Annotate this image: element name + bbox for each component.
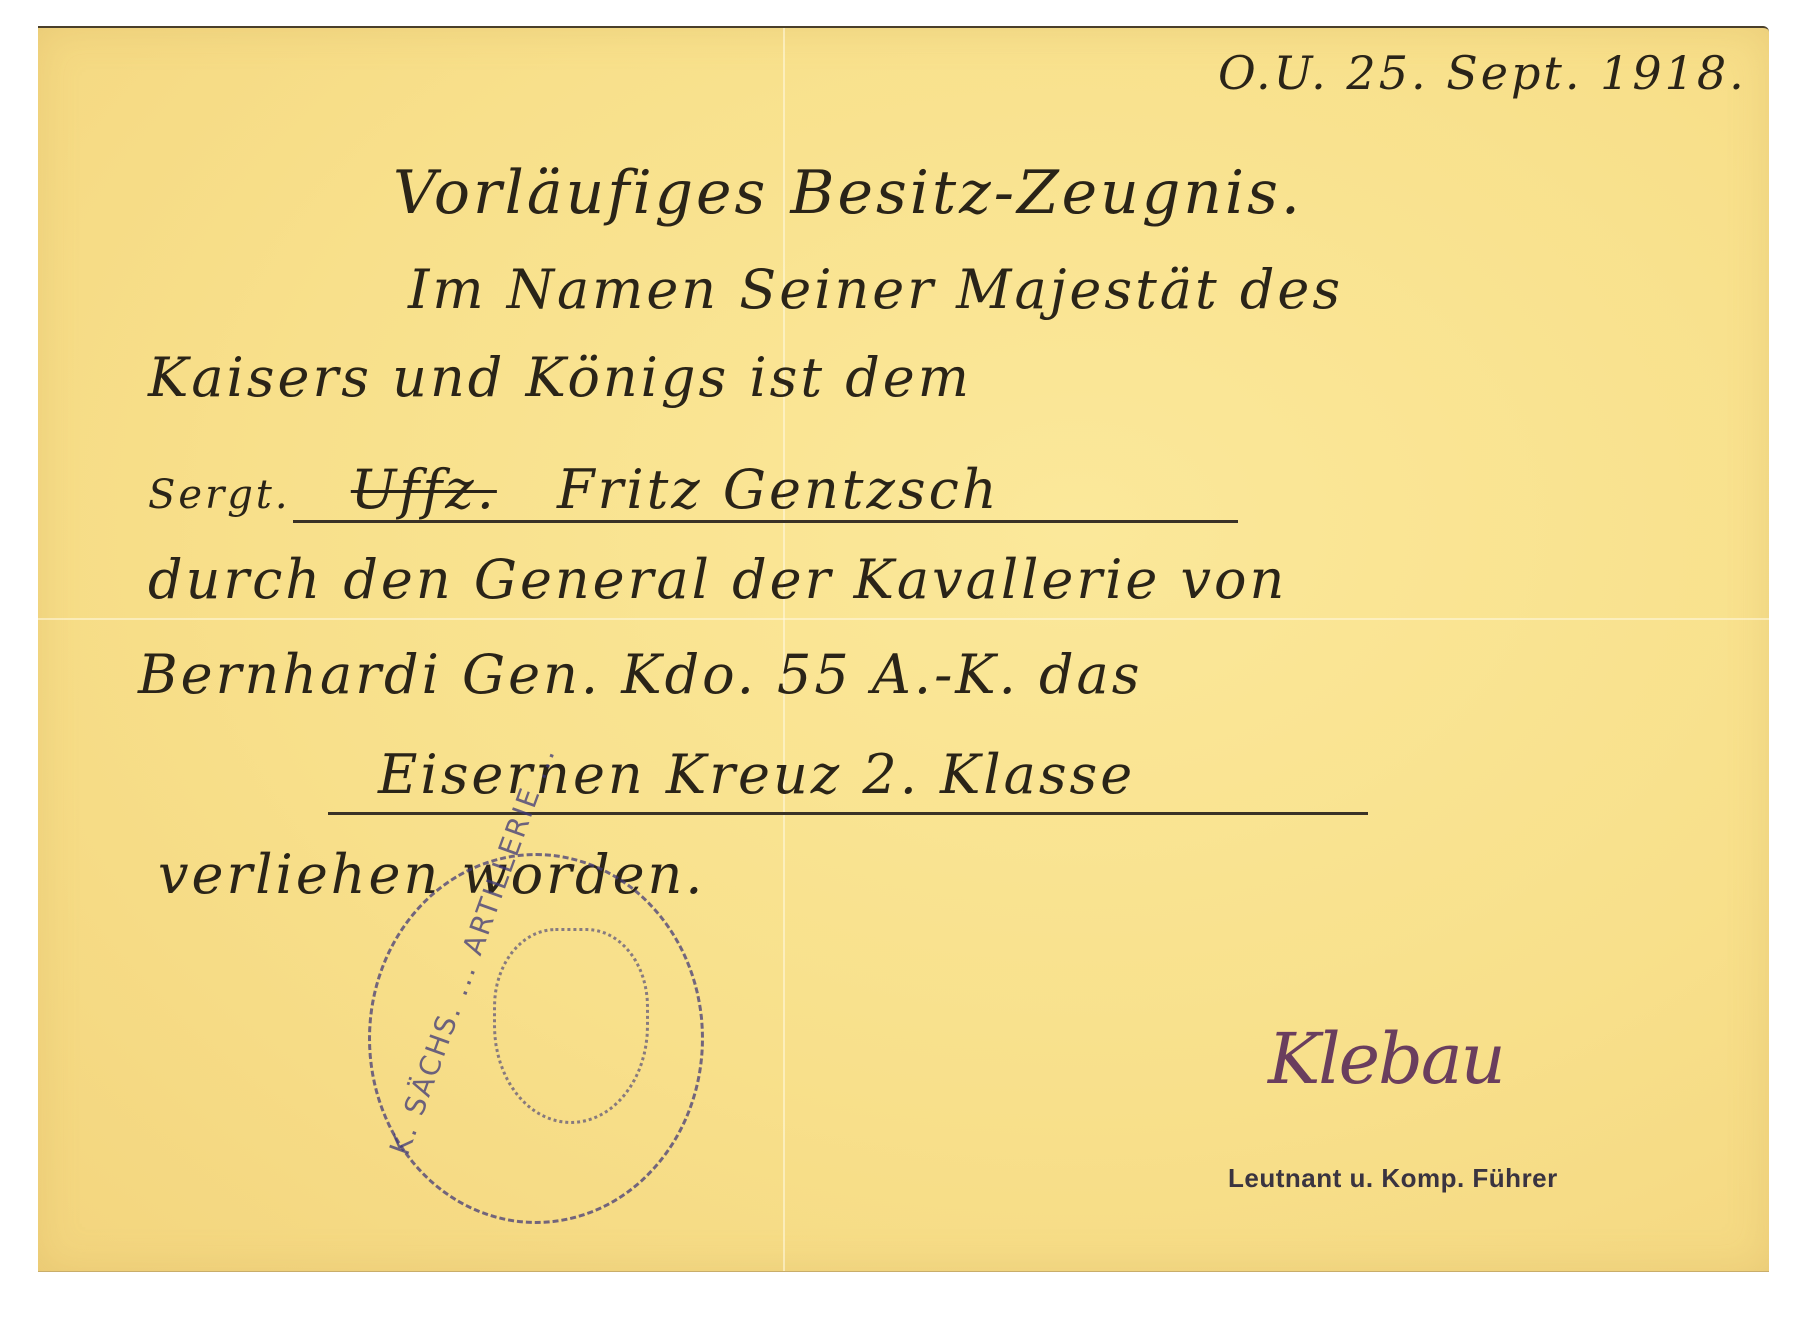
fold-line-horizontal	[38, 618, 1769, 620]
rank-struck: Uffz.	[351, 458, 497, 521]
coat-of-arms-icon	[493, 928, 649, 1124]
signature: Klebau	[1268, 1018, 1504, 1100]
recipient-line: Sergt. Uffz. Fritz Gentzsch	[148, 458, 1000, 521]
rank-inserted: Sergt.	[148, 472, 291, 518]
award-line: Eisernen Kreuz 2. Klasse	[378, 743, 1135, 806]
text-line-5: Bernhardi Gen. Kdo. 55 A.-K. das	[138, 643, 1142, 706]
document-paper: O.U. 25. Sept. 1918. Vorläufiges Besitz-…	[38, 26, 1769, 1272]
signature-title-stamp: Leutnant u. Komp. Führer	[1228, 1163, 1558, 1194]
date-line: O.U. 25. Sept. 1918.	[1218, 46, 1747, 100]
text-line-1: Im Namen Seiner Majestät des	[408, 258, 1343, 321]
text-line-2: Kaisers und Königs ist dem	[148, 346, 972, 409]
underline-recipient	[293, 520, 1238, 523]
text-line-4: durch den General der Kavallerie von	[148, 548, 1287, 611]
recipient-name: Fritz Gentzsch	[557, 458, 1000, 521]
underline-award	[328, 812, 1368, 815]
document-title: Vorläufiges Besitz-Zeugnis.	[393, 158, 1303, 228]
